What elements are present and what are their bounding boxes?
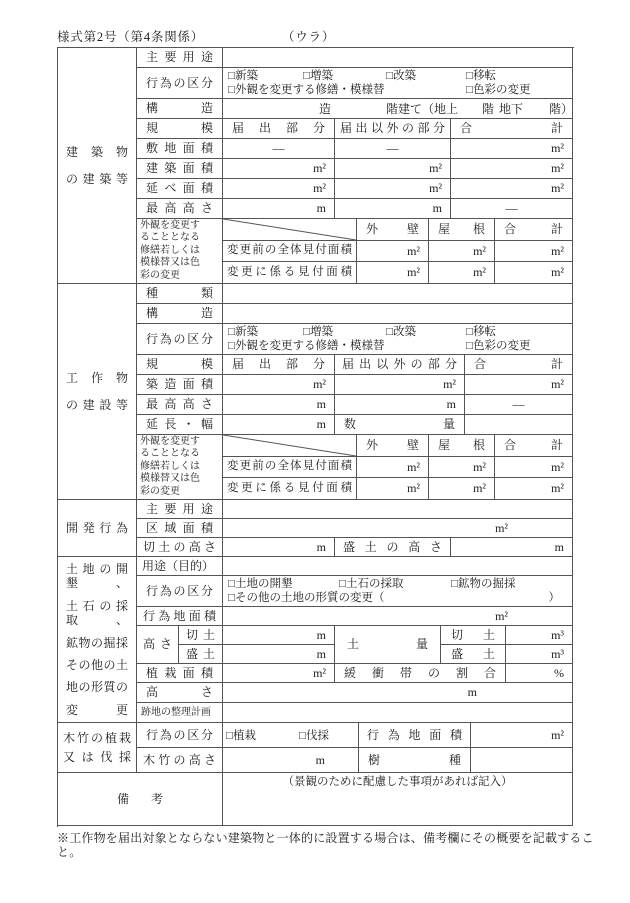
field-buffer-ratio[interactable]: % — [506, 664, 573, 683]
col-header-non-notified: 届出以外の部分 — [335, 119, 451, 139]
col-header-notified: 届出部分 — [223, 355, 335, 375]
structure-seg-kai2: 階） — [549, 102, 573, 116]
label-use-purpose: 用途（目的） — [137, 557, 223, 576]
label-soil-volume: 土量 — [335, 626, 441, 664]
label-act-area: 行為地面積 — [137, 607, 223, 626]
unit-m2: m² — [495, 521, 508, 535]
label-remarks: 備考 — [58, 773, 223, 826]
section-label-development: 開発行為 — [58, 500, 137, 557]
unit-m2: m² — [443, 377, 456, 391]
label-height-fill: 盛土 — [179, 645, 223, 664]
field-facade-before-wall[interactable]: m² — [357, 241, 429, 262]
unit-m: m — [317, 201, 326, 215]
field-works-kind[interactable] — [223, 284, 573, 304]
unit-m2: m² — [473, 481, 486, 495]
field-use-purpose[interactable] — [223, 557, 573, 576]
checkbox-mineral-mining[interactable]: □鉱物の掘採 — [451, 577, 515, 591]
max-height-total-dash: — — [451, 199, 573, 219]
label-scale: 規模 — [137, 355, 223, 375]
checkbox-other-land-change[interactable]: □その他の土地の形質の変更（ — [228, 591, 384, 605]
unit-m2: m² — [551, 181, 564, 195]
unit-m2: m² — [429, 181, 442, 195]
field-building-area-total[interactable]: m² — [451, 159, 573, 179]
structure-seg-floors: 階建て（地上 — [386, 102, 458, 116]
unit-m2: m² — [473, 244, 486, 258]
unit-m3: m³ — [551, 628, 564, 642]
field-height-cut[interactable]: m — [223, 626, 335, 645]
unit-m: m — [317, 628, 326, 642]
label-facade-area-changed: 変更に係る見付面積 — [223, 262, 357, 284]
field-length-width[interactable]: m — [223, 415, 335, 435]
col-header-facade-total: 合計 — [495, 219, 573, 241]
checkbox-facade-repair[interactable]: □外観を変更する修繕・模様替 — [228, 339, 384, 353]
section-label-structure-works: 工作物 の建設等 — [58, 284, 137, 500]
checkbox-new-construction[interactable]: □新築 — [228, 325, 258, 339]
field-floor-area-other[interactable]: m² — [335, 179, 451, 199]
field-height-full[interactable]: m — [223, 683, 573, 703]
unit-m2: m² — [551, 481, 564, 495]
label-site-area: 敷地面積 — [137, 139, 223, 159]
checkbox-land-cultivation[interactable]: □土地の開墾 — [228, 577, 292, 591]
footnote: ※工作物を届出対象とならない建築物と一体的に設置する場合は、備考欄にその概要を記… — [57, 831, 617, 860]
label-act-type: 行為の区分 — [137, 576, 223, 607]
field-works-facade-changed-roof[interactable]: m² — [429, 478, 495, 500]
unit-m2: m² — [551, 161, 564, 175]
field-species[interactable] — [471, 748, 573, 773]
col-header-wall: 外壁 — [357, 435, 429, 457]
checkbox-color-change[interactable]: □色彩の変更 — [466, 339, 530, 353]
unit-m: m — [317, 647, 326, 661]
checkbox-reconstruction[interactable]: □改築 — [386, 69, 416, 83]
unit-m: m — [317, 417, 326, 431]
col-header-total: 合計 — [451, 119, 573, 139]
unit-m: m — [433, 201, 442, 215]
field-floor-area-total[interactable]: m² — [451, 179, 573, 199]
remarks-hint: （景観のために配慮した事項があれば記入） — [283, 776, 513, 790]
unit-m: m — [316, 753, 325, 767]
field-remarks[interactable]: （景観のために配慮した事項があれば記入） — [223, 773, 573, 826]
checkbox-facade-repair[interactable]: □外観を変更する修繕・模様替 — [228, 83, 384, 97]
field-building-area-notified[interactable]: m² — [223, 159, 335, 179]
label-kind: 種類 — [137, 284, 223, 304]
label-quantity: 数量 — [335, 415, 465, 435]
section-label-tree: 木竹の植栽 又は伐採 — [58, 723, 137, 773]
label-zone-area: 区域面積 — [137, 519, 223, 538]
label-floor-area: 延べ面積 — [137, 179, 223, 199]
field-construction-area-total[interactable]: m² — [465, 375, 573, 395]
label-volume-cut: 切土 — [441, 626, 506, 645]
label-main-use: 主要用途 — [137, 500, 223, 519]
site-area-other-dash: — — [335, 139, 451, 159]
label-buffer-ratio: 緩衝帯の割合 — [335, 664, 506, 683]
label-volume-fill: 盛土 — [441, 645, 506, 664]
field-quantity[interactable] — [465, 415, 573, 435]
field-building-main-use[interactable] — [223, 48, 573, 68]
unit-m3: m³ — [551, 647, 564, 661]
field-facade-changed-wall[interactable]: m² — [357, 262, 429, 284]
field-facade-before-roof[interactable]: m² — [429, 241, 495, 262]
field-zone-area[interactable]: m² — [223, 519, 573, 538]
structure-seg-chika: 地下 — [499, 102, 523, 116]
label-species: 樹種 — [359, 748, 471, 773]
field-works-facade-before-total[interactable]: m² — [495, 457, 573, 478]
checkbox-color-change[interactable]: □色彩の変更 — [466, 83, 530, 97]
checkbox-felling[interactable]: □伐採 — [299, 729, 329, 743]
label-act-type: 行為の区分 — [137, 723, 223, 748]
label-scale: 規模 — [137, 119, 223, 139]
label-facade-area-before: 変更前の全体見付面積 — [223, 457, 357, 478]
unit-m: m — [468, 685, 477, 699]
field-facade-before-total[interactable]: m² — [495, 241, 573, 262]
field-max-height-other[interactable]: m — [335, 199, 451, 219]
unit-m2: m² — [313, 666, 326, 680]
checkbox-relocation[interactable]: □移転 — [466, 325, 496, 339]
unit-percent: % — [554, 666, 564, 680]
unit-m: m — [447, 397, 456, 411]
side-label: （ウラ） — [282, 30, 335, 45]
field-works-facade-before-roof[interactable]: m² — [429, 457, 495, 478]
label-act-type: 行為の区分 — [137, 324, 223, 355]
checkbox-new-construction[interactable]: □新築 — [228, 69, 258, 83]
label-facade-area-changed: 変更に係る見付面積 — [223, 478, 357, 500]
label-height-cut: 切土 — [179, 626, 223, 645]
label-tree-act-area: 行為地面積 — [359, 723, 471, 748]
unit-m2: m² — [407, 460, 420, 474]
field-works-act-type: □新築 □増築 □改築 □移転 □外観を変更する修繕・模様替 □色彩の変更 — [223, 324, 573, 355]
col-header-notified: 届出部分 — [223, 119, 335, 139]
unit-m2: m² — [407, 265, 420, 279]
label-height-full: 高さ — [137, 683, 223, 703]
label-fill-height: 盛土の高さ — [335, 538, 451, 557]
field-works-max-height-other[interactable]: m — [335, 395, 465, 415]
checkbox-soil-extraction[interactable]: □土石の採取 — [339, 577, 403, 591]
label-height-group: 高さ — [137, 626, 179, 664]
diagonal-cell — [223, 435, 357, 457]
field-volume-cut[interactable]: m³ — [506, 626, 573, 645]
field-works-structure[interactable] — [223, 304, 573, 324]
unit-m2: m² — [313, 181, 326, 195]
label-construction-area: 築造面積 — [137, 375, 223, 395]
label-max-height: 最高高さ — [137, 395, 223, 415]
unit-m2: m² — [407, 481, 420, 495]
unit-m2: m² — [429, 161, 442, 175]
col-header-roof: 屋根 — [429, 435, 495, 457]
checkbox-reconstruction[interactable]: □改築 — [386, 325, 416, 339]
label-max-height: 最高高さ — [137, 199, 223, 219]
label-facade-change: 外観を変更す ることとなる 修繕若しくは 模様替又は色 彩の変更 — [137, 219, 223, 284]
col-header-non-notified: 届出以外の部分 — [335, 355, 465, 375]
field-cut-height[interactable]: m — [223, 538, 335, 557]
field-site-area-total[interactable]: m² — [451, 139, 573, 159]
label-building-area: 建築面積 — [137, 159, 223, 179]
label-cut-height: 切土の高さ — [137, 538, 223, 557]
field-facade-changed-roof[interactable]: m² — [429, 262, 495, 284]
unit-m2: m² — [551, 377, 564, 391]
form-number: 様式第2号（第4条関係） — [57, 30, 204, 45]
col-header-total: 合計 — [465, 355, 573, 375]
checkbox-planting[interactable]: □植栽 — [226, 729, 256, 743]
site-area-notified-dash: — — [223, 139, 335, 159]
field-height-fill[interactable]: m — [223, 645, 335, 664]
label-main-use: 主要用途 — [137, 48, 223, 68]
field-works-facade-changed-total[interactable]: m² — [495, 478, 573, 500]
field-building-act-type: □新築 □増築 □改築 □移転 □外観を変更する修繕・模様替 □色彩の変更 — [223, 68, 573, 99]
label-site-plan: 跡地の整理計画 — [137, 703, 223, 723]
field-max-height-notified[interactable]: m — [223, 199, 335, 219]
field-planting-area[interactable]: m² — [223, 664, 335, 683]
field-building-area-other[interactable]: m² — [335, 159, 451, 179]
checkbox-extension[interactable]: □増築 — [303, 325, 333, 339]
diagonal-line-icon — [223, 219, 356, 240]
label-length-width: 延長・幅 — [137, 415, 223, 435]
unit-m2: m² — [551, 141, 564, 155]
label-facade-area-before: 変更前の全体見付面積 — [223, 241, 357, 262]
field-volume-fill[interactable]: m³ — [506, 645, 573, 664]
unit-m: m — [317, 397, 326, 411]
field-works-facade-changed-wall[interactable]: m² — [357, 478, 429, 500]
label-structure: 構造 — [137, 304, 223, 324]
unit-m2: m² — [495, 609, 508, 623]
field-floor-area-notified[interactable]: m² — [223, 179, 335, 199]
col-header-facade-total: 合計 — [495, 435, 573, 457]
label-facade-change: 外観を変更す ることとなる 修繕若しくは 模様替又は色 彩の変更 — [137, 435, 223, 500]
label-planting-area: 植栽面積 — [137, 664, 223, 683]
field-facade-changed-total[interactable]: m² — [495, 262, 573, 284]
field-works-max-height-notified[interactable]: m — [223, 395, 335, 415]
section-label-land-change: 土地の開墾、 土石の採取、 鉱物の掘採 その他の土 地の形質の 変更 — [58, 557, 137, 723]
unit-m2: m² — [473, 265, 486, 279]
unit-m: m — [555, 540, 564, 554]
field-tree-act-type: □植栽 □伐採 — [223, 723, 359, 748]
field-site-plan[interactable] — [223, 703, 573, 723]
label-act-type: 行為の区分 — [137, 68, 223, 99]
unit-m2: m² — [407, 244, 420, 258]
field-building-structure[interactable]: 造 階建て（地上 階 地下 階） — [223, 99, 573, 119]
form-page: 様式第2号（第4条関係） （ウラ） 建築物 の建築等 主要用途 行為の区分 □新… — [0, 0, 630, 903]
unit-m2: m² — [313, 161, 326, 175]
field-tree-act-area[interactable]: m² — [471, 723, 573, 748]
unit-m2: m² — [473, 460, 486, 474]
field-land-act-type: □土地の開墾 □土石の採取 □鉱物の掘採 □その他の土地の形質の変更（ ） — [223, 576, 573, 607]
label-structure: 構造 — [137, 99, 223, 119]
field-development-main-use[interactable] — [223, 500, 573, 519]
field-works-facade-before-wall[interactable]: m² — [357, 457, 429, 478]
checkbox-extension[interactable]: □増築 — [303, 69, 333, 83]
checkbox-relocation[interactable]: □移転 — [466, 69, 496, 83]
works-max-height-total-dash: — — [465, 395, 573, 415]
unit-m2: m² — [551, 460, 564, 474]
field-construction-area-other[interactable]: m² — [335, 375, 465, 395]
structure-seg-zou: 造 — [319, 102, 331, 116]
field-construction-area-notified[interactable]: m² — [223, 375, 335, 395]
unit-m2: m² — [313, 377, 326, 391]
label-tree-height: 木竹の高さ — [137, 748, 223, 773]
unit-m2: m² — [551, 244, 564, 258]
diagonal-line-icon — [223, 435, 356, 456]
notification-table: 建築物 の建築等 主要用途 行為の区分 □新築 □増築 □改築 □移転 □外観を… — [57, 47, 574, 827]
field-tree-height[interactable]: m — [223, 748, 359, 773]
unit-m: m — [317, 540, 326, 554]
col-header-wall: 外壁 — [357, 219, 429, 241]
structure-seg-kai1: 階 — [482, 102, 494, 116]
diagonal-cell — [223, 219, 357, 241]
col-header-roof: 屋根 — [429, 219, 495, 241]
field-land-act-area[interactable]: m² — [223, 607, 573, 626]
other-land-change-close-paren: ） — [549, 591, 561, 605]
field-fill-height[interactable]: m — [451, 538, 573, 557]
section-label-building: 建築物 の建築等 — [58, 48, 137, 284]
unit-m2: m² — [551, 728, 564, 742]
unit-m2: m² — [551, 265, 564, 279]
